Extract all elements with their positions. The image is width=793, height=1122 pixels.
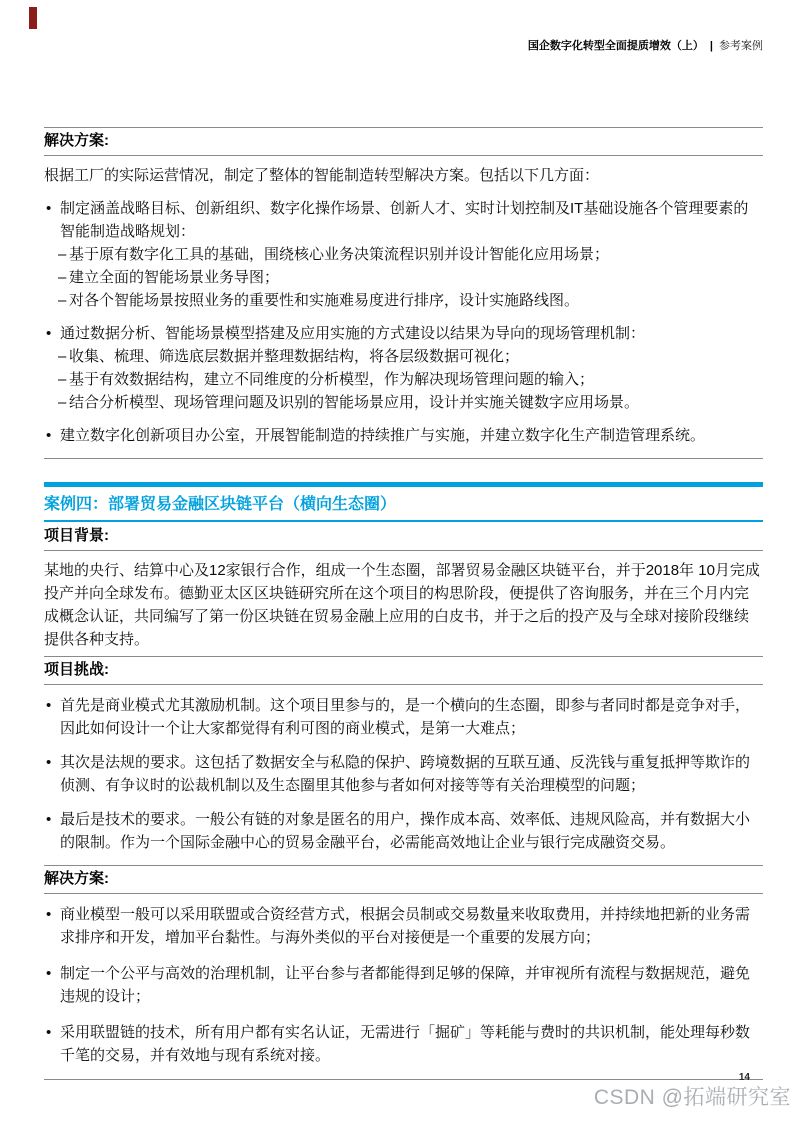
bullet-icon: • xyxy=(46,1021,51,1044)
bullet-text: 通过数据分析、智能场景模型搭建及应用实施的方式建设以结果为导向的现场管理机制： xyxy=(60,325,645,342)
bullet-item: •其次是法规的要求。这包括了数据安全与私隐的保护、跨境数据的互联互通、反洗钱与重… xyxy=(44,751,763,797)
solution1-intro: 根据工厂的实际运营情况，制定了整体的智能制造转型解决方案。包括以下几方面： xyxy=(44,164,763,187)
bullet-text: 商业模型一般可以采用联盟或合资经营方式，根据会员制或交易数量来收取费用，并持续地… xyxy=(60,906,750,946)
bullet-item: •制定一个公平与高效的治理机制，让平台参与者都能得到足够的保障，并审视所有流程与… xyxy=(44,962,763,1008)
corner-marker xyxy=(29,7,37,29)
bullet-text: 建立数字化创新项目办公室，开展智能制造的持续推广与实施，并建立数字化生产制造管理… xyxy=(60,427,705,444)
dash-icon: – xyxy=(58,243,66,266)
bullet-text: 制定涵盖战略目标、创新组织、数字化操作场景、创新人才、实时计划控制及IT基础设施… xyxy=(60,200,748,240)
bullet-icon: • xyxy=(46,197,51,220)
list-item: •其次是法规的要求。这包括了数据安全与私隐的保护、跨境数据的互联互通、反洗钱与重… xyxy=(44,751,763,797)
list-item: •首先是商业模式尤其激励机制。这个项目里参与的，是一个横向的生态圈，即参与者同时… xyxy=(44,694,763,740)
dash-icon: – xyxy=(58,345,66,368)
bullet-text: 采用联盟链的技术，所有用户都有实名认证，无需进行「掘矿」等耗能与费时的共识机制，… xyxy=(60,1024,750,1064)
document-page: 国企数字化转型全面提质增效（上）|参考案例 解决方案: 根据工厂的实际运营情况，… xyxy=(0,0,793,1122)
bullet-text: 其次是法规的要求。这包括了数据安全与私隐的保护、跨境数据的互联互通、反洗钱与重复… xyxy=(60,754,750,794)
header-section-label: 参考案例 xyxy=(719,40,763,52)
sub-item-text: 基于原有数字化工具的基础，围绕核心业务决策流程识别并设计智能化应用场景； xyxy=(69,246,609,263)
sub-item-text: 收集、梳理、筛选底层数据并整理数据结构，将各层级数据可视化； xyxy=(69,348,519,365)
list-item: •采用联盟链的技术，所有用户都有实名认证，无需进行「掘矿」等耗能与费时的共识机制… xyxy=(44,1021,763,1067)
bullet-item: •采用联盟链的技术，所有用户都有实名认证，无需进行「掘矿」等耗能与费时的共识机制… xyxy=(44,1021,763,1067)
bullet-item: •商业模型一般可以采用联盟或合资经营方式，根据会员制或交易数量来收取费用，并持续… xyxy=(44,903,763,949)
header-doc-title: 国企数字化转型全面提质增效（上） xyxy=(528,40,704,52)
bullet-text: 最后是技术的要求。一般公有链的对象是匿名的用户，操作成本高、效率低、违规风险高，… xyxy=(60,811,750,851)
section-divider xyxy=(44,458,763,459)
sub-item: –对各个智能场景按照业务的重要性和实施难易度进行排序，设计实施路线图。 xyxy=(44,289,763,312)
section-divider xyxy=(44,1079,763,1080)
bullet-item: •首先是商业模式尤其激励机制。这个项目里参与的，是一个横向的生态圈，即参与者同时… xyxy=(44,694,763,740)
sub-item-text: 建立全面的智能场景业务导图； xyxy=(69,269,279,286)
bullet-item: •制定涵盖战略目标、创新组织、数字化操作场景、创新人才、实时计划控制及IT基础设… xyxy=(44,197,763,243)
list-item: •建立数字化创新项目办公室，开展智能制造的持续推广与实施，并建立数字化生产制造管… xyxy=(44,424,763,447)
header-separator: | xyxy=(710,40,713,52)
list-item: •制定涵盖战略目标、创新组织、数字化操作场景、创新人才、实时计划控制及IT基础设… xyxy=(44,197,763,312)
dash-icon: – xyxy=(58,391,66,414)
list-item: •最后是技术的要求。一般公有链的对象是匿名的用户，操作成本高、效率低、违规风险高… xyxy=(44,808,763,854)
bullet-icon: • xyxy=(46,751,51,774)
bullet-icon: • xyxy=(46,903,51,926)
sub-item-text: 结合分析模型、现场管理问题及识别的智能场景应用，设计并实施关键数字应用场景。 xyxy=(69,394,639,411)
bullet-icon: • xyxy=(46,962,51,985)
case4-accent-bar xyxy=(44,482,763,487)
bullet-text: 首先是商业模式尤其激励机制。这个项目里参与的，是一个横向的生态圈，即参与者同时都… xyxy=(60,697,750,737)
dash-icon: – xyxy=(58,368,66,391)
bullet-icon: • xyxy=(46,424,51,447)
dash-icon: – xyxy=(58,289,66,312)
section-heading-solution-2: 解决方案: xyxy=(44,865,763,894)
sub-item: –结合分析模型、现场管理问题及识别的智能场景应用，设计并实施关键数字应用场景。 xyxy=(44,391,763,414)
page-content: 解决方案: 根据工厂的实际运营情况，制定了整体的智能制造转型解决方案。包括以下几… xyxy=(44,127,763,1080)
background-text: 某地的央行、结算中心及12家银行合作，组成一个生态圈，部署贸易金融区块链平台，并… xyxy=(44,559,763,651)
watermark: CSDN @拓端研究室 xyxy=(594,1085,791,1110)
page-number: 14 xyxy=(739,1072,750,1083)
bullet-icon: • xyxy=(46,322,51,345)
sub-item-text: 对各个智能场景按照业务的重要性和实施难易度进行排序，设计实施路线图。 xyxy=(69,292,579,309)
sub-item-text: 基于有效数据结构，建立不同维度的分析模型，作为解决现场管理问题的输入； xyxy=(69,371,594,388)
sub-item: –基于有效数据结构，建立不同维度的分析模型，作为解决现场管理问题的输入； xyxy=(44,368,763,391)
section-heading-challenges: 项目挑战: xyxy=(44,656,763,685)
list-item: •商业模型一般可以采用联盟或合资经营方式，根据会员制或交易数量来收取费用，并持续… xyxy=(44,903,763,949)
sub-item: –建立全面的智能场景业务导图； xyxy=(44,266,763,289)
page-header: 国企数字化转型全面提质增效（上）|参考案例 xyxy=(528,39,763,53)
list-item: •通过数据分析、智能场景模型搭建及应用实施的方式建设以结果为导向的现场管理机制：… xyxy=(44,322,763,414)
bullet-text: 制定一个公平与高效的治理机制，让平台参与者都能得到足够的保障，并审视所有流程与数… xyxy=(60,965,750,1005)
list-item: •制定一个公平与高效的治理机制，让平台参与者都能得到足够的保障，并审视所有流程与… xyxy=(44,962,763,1008)
bullet-item: •建立数字化创新项目办公室，开展智能制造的持续推广与实施，并建立数字化生产制造管… xyxy=(44,424,763,447)
case4-title: 案例四：部署贸易金融区块链平台（横向生态圈） xyxy=(44,495,763,514)
dash-icon: – xyxy=(58,266,66,289)
bullet-icon: • xyxy=(46,808,51,831)
bullet-icon: • xyxy=(46,694,51,717)
bullet-item: •通过数据分析、智能场景模型搭建及应用实施的方式建设以结果为导向的现场管理机制： xyxy=(44,322,763,345)
sub-item: –收集、梳理、筛选底层数据并整理数据结构，将各层级数据可视化； xyxy=(44,345,763,368)
sub-item: –基于原有数字化工具的基础，围绕核心业务决策流程识别并设计智能化应用场景； xyxy=(44,243,763,266)
bullet-item: •最后是技术的要求。一般公有链的对象是匿名的用户，操作成本高、效率低、违规风险高… xyxy=(44,808,763,854)
section-heading-background: 项目背景: xyxy=(44,526,763,551)
section-heading-solution-1: 解决方案: xyxy=(44,127,763,156)
case4-accent-rule xyxy=(44,520,763,522)
